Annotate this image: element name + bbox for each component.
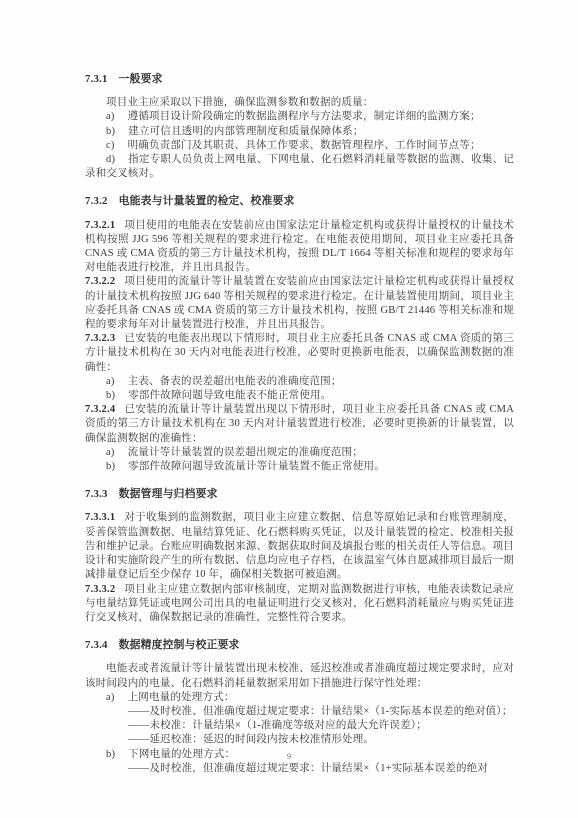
list-item-text: 流量计等计量装置的误差超出规定的准确度范围； [128,447,363,458]
clause: 7.3.2.1项目使用的电能表在安装前应由国家法定计量检定机构或获得计量授权的计… [85,219,514,276]
clause-number: 7.3.3.1 [85,512,115,523]
list-item: a)遵循项目设计阶段确定的数据监测程序与方法要求，制定详细的监测方案； [85,110,514,124]
section-title: 电能表与计量装置的检定、校准要求 [119,195,295,207]
list-item: a)上网电量的处理方式： [85,691,514,705]
list-item-label: a) [106,376,115,387]
list-item-text: 指定专职人员负责上网电量、下网电量、化石燃料消耗量等数据的监测、收集、记录和交叉… [85,154,514,179]
list-item: d)指定专职人员负责上网电量、下网电量、化石燃料消耗量等数据的监测、收集、记录和… [85,153,514,181]
list-item-text: 遵循项目设计阶段确定的数据监测程序与方法要求，制定详细的监测方案； [128,111,481,122]
dash-item: ——及时校准、但准确度超过规定要求：计量结果×（1-实际基本误差的绝对值）； [155,705,514,719]
list-item-label: b) [106,390,115,401]
list-item-text: 上网电量的处理方式： [128,692,235,703]
clause-number: 7.3.2.1 [85,220,115,231]
list-item: a)流量计等计量装置的误差超出规定的准确度范围； [85,446,514,460]
dash-item: ——延迟校准：延迟的时间段内按未校准情形处理。 [155,733,514,747]
clause: 7.3.3.1对于收集到的监测数据，项目业主应建立数据、信息等原始记录和台账管理… [85,511,514,582]
section-heading: 7.3.1一般要求 [85,72,514,86]
dash-item: ——及时校准，但准确度超过规定要求：计量结果×（1+实际基本误差的绝对 [155,762,514,776]
list-item-label: a) [106,111,115,122]
list-item-text: 建立可信且透明的内部管理制度和质量保障体系； [128,126,363,137]
clause: 7.3.2.2项目使用的流量计等计量装置在安装前应由国家法定计量检定机构或获得计… [85,275,514,332]
clause-number: 7.3.2.3 [85,333,115,344]
section-title: 数据精度控制与校正要求 [119,639,240,651]
document-page: 7.3.1一般要求 项目业主应采取以下措施，确保监测参数和数据的质量： a)遵循… [0,0,578,818]
clause-text: 已安装的电能表出现以下情形时，项目业主应委托具备 CNAS 或 CMA 资质的第… [85,333,514,372]
section-heading: 7.3.4数据精度控制与校正要求 [85,638,514,652]
clause-number: 7.3.2.2 [85,276,115,287]
list-item-label: a) [106,447,115,458]
section-heading: 7.3.2电能表与计量装置的检定、校准要求 [85,194,514,208]
paragraph: 电能表或者流量计等计量装置出现未校准、延迟校准或者准确度超过规定要求时，应对该时… [85,662,514,690]
clause-text: 项目使用的流量计等计量装置在安装前应由国家法定计量检定机构或获得计量授权的计量技… [85,276,514,330]
list-item-text: 零部件故障问题导致电能表不能正常使用。 [128,390,331,401]
list-item: b)零部件故障问题导致电能表不能正常使用。 [85,389,514,403]
section-number: 7.3.2 [85,195,108,207]
clause-text: 项目使用的电能表在安装前应由国家法定计量检定机构或获得计量授权的计量技术机构按照… [85,220,514,274]
paragraph: 项目业主应采取以下措施，确保监测参数和数据的质量： [85,96,514,110]
list-item-label: d) [106,154,115,165]
list-item: b)零部件故障问题导致流量计等计量装置不能正常使用。 [85,460,514,474]
section-7-3-3: 7.3.3数据管理与归档要求 7.3.3.1对于收集到的监测数据，项目业主应建立… [85,487,514,625]
section-title: 一般要求 [119,73,163,85]
clause-number: 7.3.2.4 [85,404,115,415]
section-number: 7.3.1 [85,73,108,85]
section-title: 数据管理与归档要求 [119,488,218,500]
list-item-label: b) [106,461,115,472]
dash-item: ——未校准：计量结果×（1-准确度等级对应的最大允许误差）； [155,719,514,733]
section-heading: 7.3.3数据管理与归档要求 [85,487,514,501]
clause-text: 对于收集到的监测数据，项目业主应建立数据、信息等原始记录和台账管理制度，妥善保管… [85,512,514,580]
section-number: 7.3.4 [85,639,108,651]
list-item-label: a) [106,692,115,703]
page-number: 9 [0,752,578,761]
list-item-text: 主表、备表的误差超出电能表的准确度范围； [128,376,342,387]
section-7-3-1: 7.3.1一般要求 项目业主应采取以下措施，确保监测参数和数据的质量： a)遵循… [85,72,514,181]
clause-number: 7.3.3.2 [85,584,115,595]
clause-text: 项目业主应建立数据内部审核制度，定期对监测数据进行审核，电能表读数记录应与电量结… [85,584,514,623]
page-content: 7.3.1一般要求 项目业主应采取以下措施，确保监测参数和数据的质量： a)遵循… [85,72,514,776]
list-item: a)主表、备表的误差超出电能表的准确度范围； [85,375,514,389]
list-item: b)建立可信且透明的内部管理制度和质量保障体系； [85,125,514,139]
clause-text: 已安装的流量计等计量装置出现以下情形时，项目业主应委托具备 CNAS 或 CMA… [85,404,514,443]
list-item-text: 明确负责部门及其职责、具体工作要求、数据管理程序、工作时间节点等； [128,140,481,151]
section-7-3-2: 7.3.2电能表与计量装置的检定、校准要求 7.3.2.1项目使用的电能表在安装… [85,194,514,474]
clause: 7.3.3.2项目业主应建立数据内部审核制度，定期对监测数据进行审核，电能表读数… [85,583,514,626]
list-item: c)明确负责部门及其职责、具体工作要求、数据管理程序、工作时间节点等； [85,139,514,153]
clause: 7.3.2.3已安装的电能表出现以下情形时，项目业主应委托具备 CNAS 或 C… [85,332,514,375]
section-number: 7.3.3 [85,488,108,500]
list-item-text: 零部件故障问题导致流量计等计量装置不能正常使用。 [128,461,385,472]
clause: 7.3.2.4已安装的流量计等计量装置出现以下情形时，项目业主应委托具备 CNA… [85,403,514,446]
list-item-label: b) [106,126,115,137]
list-item-label: c) [106,140,115,151]
